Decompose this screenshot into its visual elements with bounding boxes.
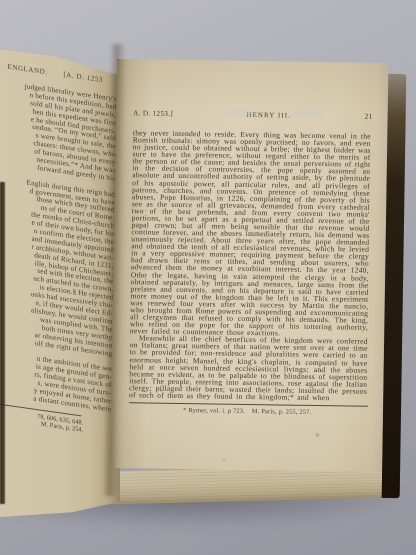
photo-open-antique-book: ENGLAND. [A. D. 1253 judged liberality w… — [0, 0, 416, 555]
left-header-date: [A. D. 1253 — [63, 70, 103, 84]
running-title: HENRY III. — [173, 111, 365, 121]
left-page-body-lines: judged liberality were Henry'sn before t… — [0, 68, 117, 414]
left-cover-board-edge — [0, 182, 5, 504]
right-page-body: they never intended to reside. Every thi… — [129, 129, 371, 401]
paragraph-1: they never intended to reside. Every thi… — [130, 129, 371, 338]
right-page: A. D. 1253.] HENRY III. 21 they never in… — [111, 59, 388, 472]
page-number: 21 — [365, 112, 373, 121]
erased-smudge-mark — [225, 109, 251, 116]
left-running-title: ENGLAND. — [7, 63, 47, 77]
left-page-running-head: ENGLAND. [A. D. 1253 — [0, 50, 103, 84]
footnote: * Rymer, vol. i. p 723. M. Paris, p. 255… — [112, 406, 383, 417]
footnote-rule — [129, 402, 368, 407]
left-page-text-block: ENGLAND. [A. D. 1253 judged liberality w… — [0, 50, 117, 438]
erased-smudge-mark — [291, 111, 321, 117]
header-date: A. D. 1253.] — [133, 109, 173, 118]
right-page-running-head: A. D. 1253.] HENRY III. 21 — [133, 108, 372, 121]
paragraph-2: Meanwhile all the chief benefices of the… — [129, 334, 368, 401]
